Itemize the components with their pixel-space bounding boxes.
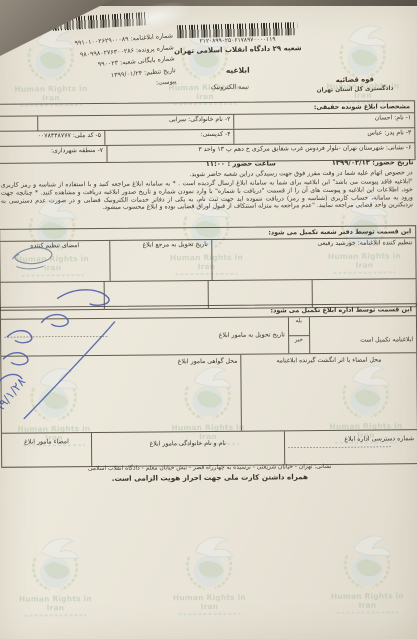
appearance-time-label: ساعت حضور : [227, 159, 275, 167]
archive-number-value: ۹۹۰۰۲۳ [98, 60, 119, 69]
document-content: شماره ابلاغنامه: ۹۹۱۰۱۰۰۲۶۲۹۰۰۰۸۹ شماره … [0, 3, 417, 639]
father-value: عباس [367, 129, 382, 136]
recipient-table: مشخصات ابلاغ شونده حقیقی: ۱- نام: احسان … [0, 100, 416, 164]
yes-option: بله [289, 317, 309, 335]
delivery-date-cell: تاریخ تحویل به مرجع ابلاغ [110, 240, 212, 281]
family-cell: ۲- نام خانوادگی: سرابی [38, 115, 235, 131]
recipient-signature-cell: محل امضاء یا اثر انگشت گیرنده ابلاغنامه [241, 353, 417, 431]
appearance-date: تاریخ حضور: ۱۳۹۹/۰۲/۱۳ [332, 158, 414, 167]
national-id-value: ۰۰۷۸۴۴۸۷۷۷ [38, 132, 71, 139]
father-cell: ۳- نام پدر: عباس [235, 128, 415, 144]
header-center-block: ۲۱۲۰۸۹۹۰۲۵۰۶۱۷۸۹۷۰۰۰۰۱۱۹ شعبه ۲۹ دادگاه … [170, 22, 305, 55]
justice-dept-title: دادگستری کل استان تهران [311, 86, 399, 94]
notify-office-row-3: شماره دسترسی اداره ابلاغ ---------------… [2, 429, 417, 467]
yes-no-cell: بله خیر [289, 317, 310, 353]
preparer-label: تنظیم کننده ابلاغنامه: [358, 239, 413, 246]
preparer-name: خورشید رفیعی [317, 240, 355, 247]
header-right-block: قوه قضائیه دادگستری کل استان تهران [311, 75, 399, 94]
address-label: ۶- نشانی: [386, 144, 412, 151]
name-value: احسان [375, 114, 393, 121]
father-label: ۳- نام پدر: [384, 129, 411, 136]
municipality-label: ۷- منطقه شهرداری: [51, 147, 103, 154]
dotted-line: --------------------------------- [288, 443, 414, 452]
notify-office-row-2: محل امضاء یا اثر انگشت گیرنده ابلاغنامه … [1, 352, 417, 433]
postal-cell: ۴- کدپستی: [105, 130, 235, 145]
family-value: سرابی [169, 116, 186, 123]
courier-signature-cell: امضاء مامور ابلاغ [2, 433, 92, 467]
no-option: خیر [289, 335, 309, 354]
document-type-title: ابلاغیه [171, 65, 305, 75]
case-number-label: شماره پرونده: [136, 44, 174, 54]
name-label: ۱- نام: [394, 114, 411, 121]
courier-name-cell: نام و نام خانوادگی مامور ابلاغ [92, 431, 285, 466]
issue-date-value: ۱۳۹۹/۰۱/۲۴ [111, 70, 143, 79]
document-mode: نیمه الکترونیک [163, 82, 297, 91]
court-branch: شعبه ۲۹ دادگاه انقلاب اسلامی تهران [171, 44, 305, 56]
preparer-signature-cell: امضای تنظیم کننده [0, 241, 110, 282]
courier-date-label: تاریخ تحویل به مامور ابلاغ [219, 331, 285, 340]
address-value: شهرستان تهران -بلوار فردوس غرب شقایق مرک… [198, 144, 384, 153]
empty-cell [0, 116, 38, 130]
branch-office-table: این قسمت توسط دفتر شعبه تکمیل می شود: تن… [0, 225, 417, 311]
national-id-label: ۵- کد ملی: [73, 132, 101, 139]
notify-office-row-1: ابلاغنامه تکمیل است بله خیر تاریخ تحویل … [1, 315, 416, 356]
notice-complete-cell: ابلاغنامه تکمیل است [310, 316, 417, 353]
courier-certify-cell: محل گواهی مامور ابلاغ [1, 355, 242, 433]
document-photo: Human Rights in Iran Human Rights in Ira… [0, 0, 417, 639]
judiciary-title: قوه قضائیه [311, 75, 399, 85]
paper-sheet: Human Rights in Iran Human Rights in Ira… [0, 3, 417, 639]
header-meta-block: شماره ابلاغنامه: ۹۹۱۰۱۰۰۲۶۲۹۰۰۰۸۹ شماره … [41, 30, 177, 98]
dotted-line: --------------------------------- [4, 332, 219, 342]
name-cell: ۱- نام: احسان [234, 113, 414, 129]
appearance-time-value: ۱۱:۰۰ [206, 160, 225, 168]
preparer-cell: تنظیم کننده ابلاغنامه: خورشید رفیعی [212, 238, 416, 280]
postal-label: ۴- کدپستی: [200, 131, 230, 138]
notify-office-table: این قسمت توسط اداره ابلاغ تکمیل می شود: … [0, 303, 417, 468]
family-label: ۲- نام خانوادگی: [188, 116, 230, 123]
courier-date-cell: تاریخ تحویل به مامور ابلاغ--------------… [1, 317, 289, 356]
branch-office-row-1: تنظیم کننده ابلاغنامه: خورشید رفیعی تاری… [0, 237, 415, 282]
appearance-time: ساعت حضور : ۱۱:۰۰ [206, 159, 276, 168]
appearance-date-label: تاریخ حضور: [372, 158, 413, 166]
office-access-cell: شماره دسترسی اداره ابلاغ ---------------… [285, 430, 417, 464]
notice-body-text: "ابلاغیه فاقد پیوست می باشد" این ابلاغیه… [1, 178, 413, 213]
id-card-note: همراه داشتن کارت ملی جهت احراز هویت الزا… [0, 471, 417, 484]
national-id-cell: ۵- کد ملی: ۰۰۷۸۴۴۸۷۷۷ [0, 131, 105, 146]
notice-number-value: ۹۹۱۰۱۰۰۲۶۲۹۰۰۰۸۹ [74, 36, 129, 47]
appearance-date-value: ۱۳۹۹/۰۲/۱۳ [332, 159, 370, 167]
